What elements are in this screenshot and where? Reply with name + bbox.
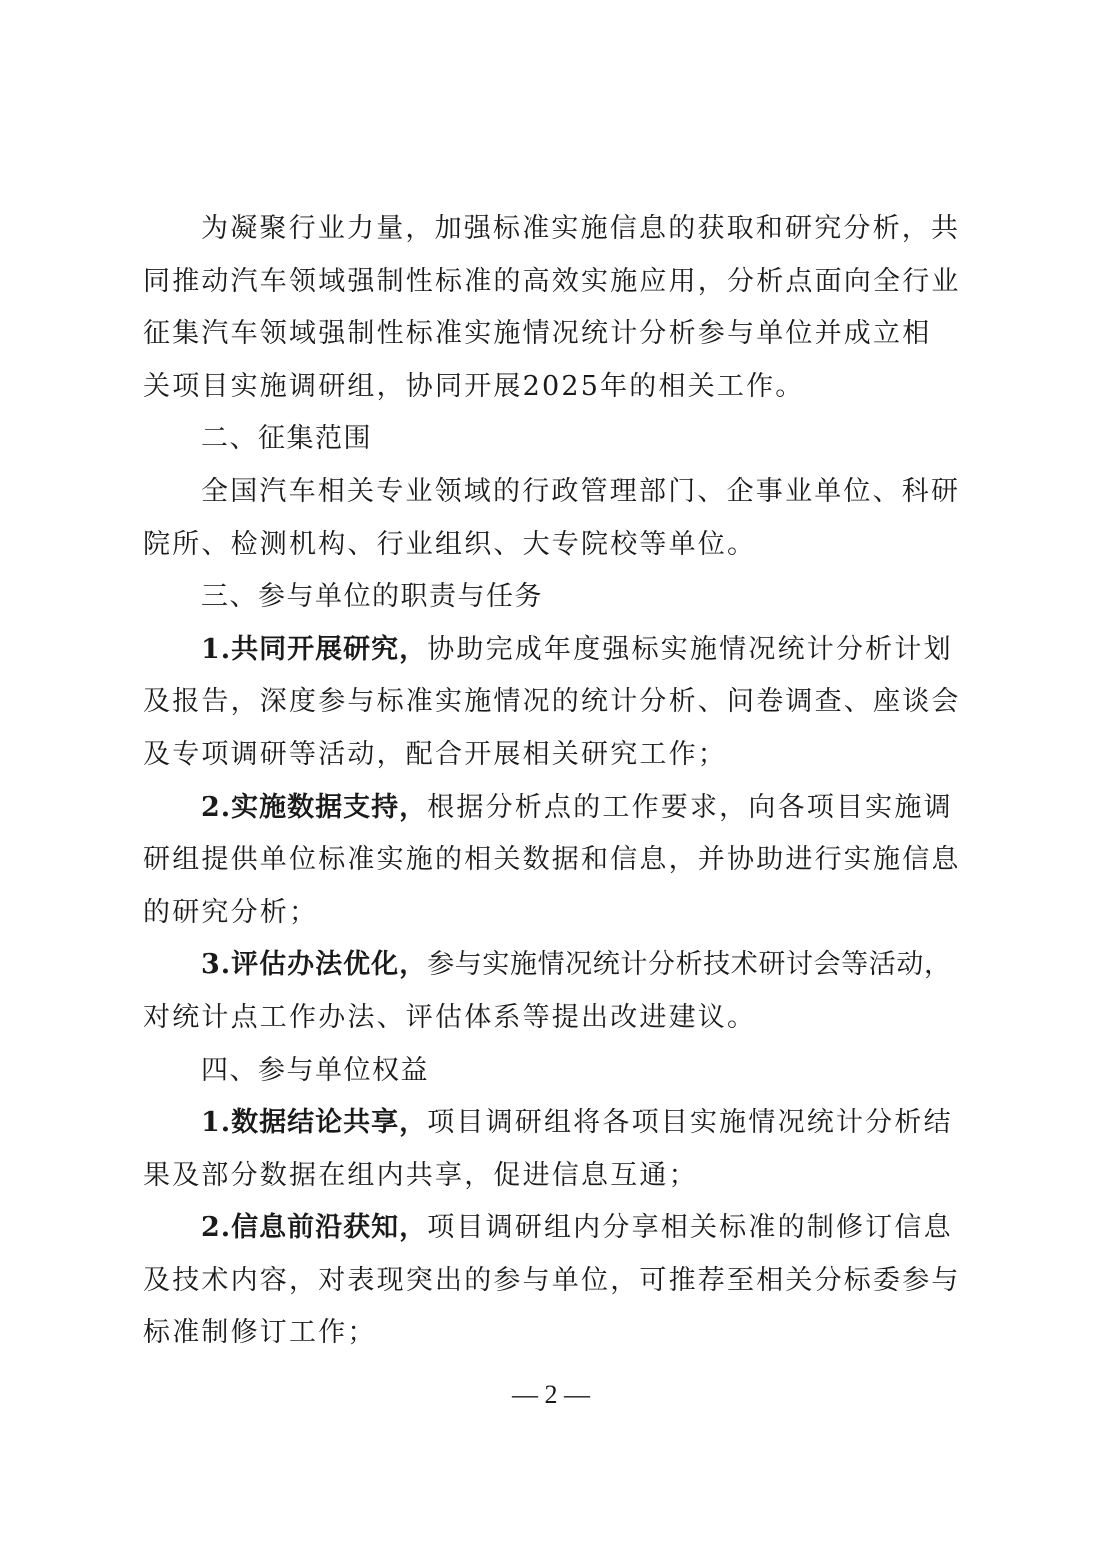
duty-item-1: 1.共同开展研究，协助完成年度强标实施情况统计分析计划 [143,624,959,677]
duty-item-2-text: 根据分析点的工作要求，向各项目实施调 [427,792,953,823]
duty-item-2-lead: 2.实施数据支持， [201,792,427,823]
duty-item-3-text: 参与实施情况统计分析技术研讨会等活动， [427,949,951,980]
duty-item-1-line-3: 及专项调研等活动，配合开展相关研究工作； [143,729,959,782]
document-page: 为凝聚行业力量，加强标准实施信息的获取和研究分析，共 同推动汽车领域强制性标准的… [143,203,959,1360]
benefit-item-1-text: 项目调研组将各项目实施情况统计分析结 [427,1107,953,1138]
duty-item-2-line-2: 研组提供单位标准实施的相关数据和信息，并协助进行实施信息 [143,834,959,887]
duty-item-2-line-3: 的研究分析； [143,887,959,940]
benefit-item-2: 2.信息前沿获知，项目调研组内分享相关标准的制修订信息 [143,1202,959,1255]
duty-item-2: 2.实施数据支持，根据分析点的工作要求，向各项目实施调 [143,782,959,835]
duty-item-3-line-2: 对统计点工作办法、评估体系等提出改进建议。 [143,992,959,1045]
page-number: — 2 — [0,1380,1102,1410]
duty-item-1-text: 协助完成年度强标实施情况统计分析计划 [427,634,953,665]
duty-item-1-lead: 1.共同开展研究， [201,634,427,665]
duty-item-3-lead: 3.评估办法优化， [201,949,427,980]
benefit-item-2-text: 项目调研组内分享相关标准的制修订信息 [427,1212,953,1243]
section-heading-duties: 三、参与单位的职责与任务 [143,571,959,624]
duty-item-3: 3.评估办法优化，参与实施情况统计分析技术研讨会等活动， [143,939,959,992]
duty-item-1-line-2: 及报告，深度参与标准实施情况的统计分析、问卷调查、座谈会 [143,676,959,729]
section-heading-benefits: 四、参与单位权益 [143,1045,959,1098]
intro-line-3: 征集汽车领域强制性标准实施情况统计分析参与单位并成立相 [143,308,959,361]
scope-line-2: 院所、检测机构、行业组织、大专院校等单位。 [143,519,959,572]
intro-line-1: 为凝聚行业力量，加强标准实施信息的获取和研究分析，共 [143,203,959,256]
intro-line-4: 关项目实施调研组，协同开展2025年的相关工作。 [143,361,959,414]
intro-line-2: 同推动汽车领域强制性标准的高效实施应用，分析点面向全行业 [143,256,959,309]
scope-line-1: 全国汽车相关专业领域的行政管理部门、企事业单位、科研 [143,466,959,519]
benefit-item-1-lead: 1.数据结论共享， [201,1107,427,1138]
benefit-item-1-line-2: 果及部分数据在组内共享，促进信息互通； [143,1150,959,1203]
benefit-item-1: 1.数据结论共享，项目调研组将各项目实施情况统计分析结 [143,1097,959,1150]
benefit-item-2-lead: 2.信息前沿获知， [201,1212,427,1243]
section-heading-scope: 二、征集范围 [143,413,959,466]
benefit-item-2-line-3: 标准制修订工作； [143,1307,959,1360]
benefit-item-2-line-2: 及技术内容，对表现突出的参与单位，可推荐至相关分标委参与 [143,1255,959,1308]
